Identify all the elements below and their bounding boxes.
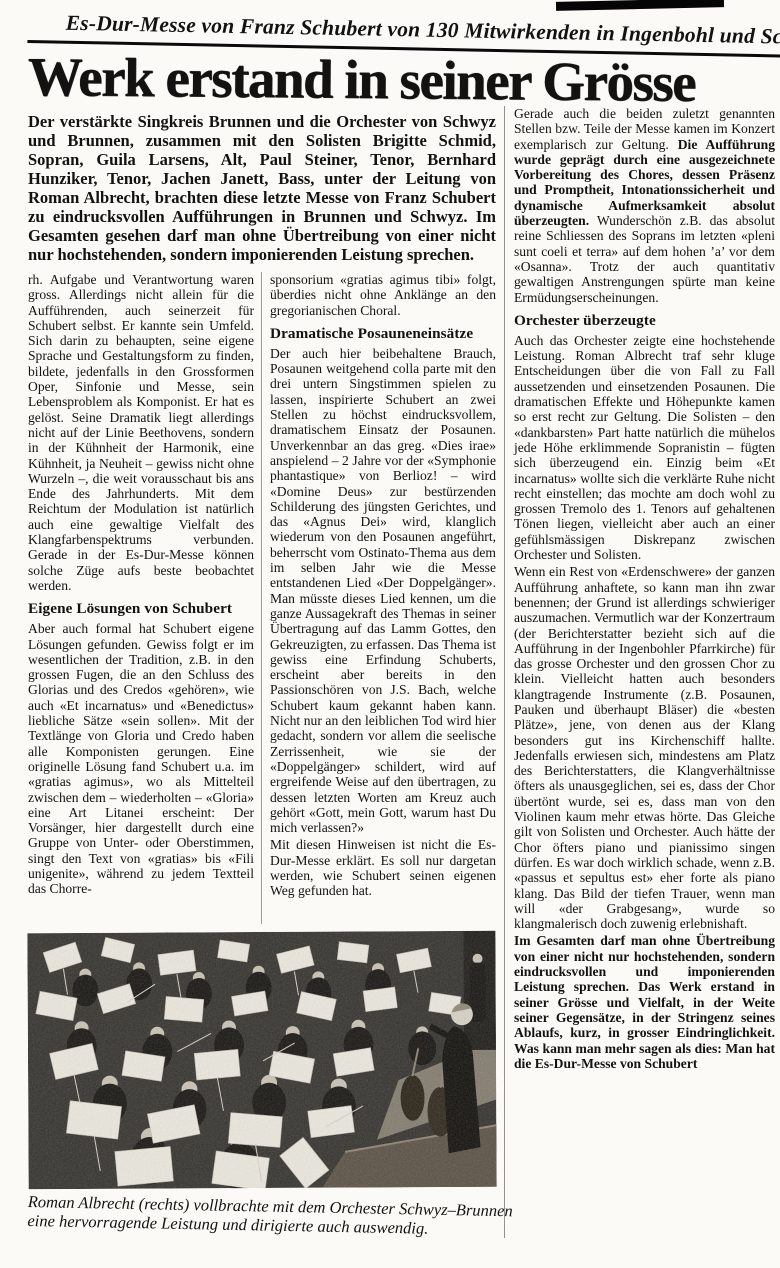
page-title: Werk erstand in seiner Grösse [28,49,775,111]
paragraph: Gerade auch die beiden zuletzt genannten… [514,106,775,305]
photo-caption: Roman Albrecht (rechts) vollbrachte mit … [27,1192,518,1239]
column-1: rh. Aufgabe und Verantwortung waren gros… [28,272,261,924]
paragraph: Auch das Orchester zeigte eine hochstehe… [514,333,775,562]
column-2: sponsorium «gratias agimus tibi» folgt, … [261,272,496,924]
paragraph: Der auch hier beibehaltene Brauch, Posau… [270,346,496,836]
lead-paragraph: Der verstärkte Singkreis Brunnen und die… [28,112,496,264]
article-body: Der verstärkte Singkreis Brunnen und die… [28,106,775,1238]
scan-edge-mark [556,0,724,11]
left-zone: Der verstärkte Singkreis Brunnen und die… [28,106,496,1230]
column-3: Gerade auch die beiden zuletzt genannten… [504,106,775,1238]
orchestra-photo [27,931,496,1189]
kicker: Es-Dur-Messe von Franz Schubert von 130 … [66,11,780,50]
bold-run: Im Gesamten darf man ohne Übertreibung v… [514,933,775,1070]
two-column-block: rh. Aufgabe und Verantwortung waren gros… [28,272,496,924]
photo-figure: Roman Albrecht (rechts) vollbrachte mit … [28,932,496,1230]
newspaper-page: Es-Dur-Messe von Franz Schubert von 130 … [0,0,780,1268]
subhead-posauneneinsaetze: Dramatische Posauneneinsätze [270,325,496,342]
paragraph: sponsorium «gratias agimus tibi» folgt, … [270,272,496,318]
subhead-orchester-ueberzeugte: Orchester überzeugte [514,312,775,329]
subhead-eigene-loesungen: Eigene Lösungen von Schubert [28,600,254,617]
paragraph: Aber auch formal hat Schubert eigene Lös… [28,621,254,896]
closing-paragraph: Im Gesamten darf man ohne Übertreibung v… [514,933,775,1071]
paragraph: Wenn ein Rest von «Erdenschwere» der gan… [514,564,775,931]
paragraph: Mit diesen Hinweisen ist nicht die Es-Du… [270,837,496,898]
paragraph: rh. Aufgabe und Verantwortung waren gros… [28,272,254,593]
